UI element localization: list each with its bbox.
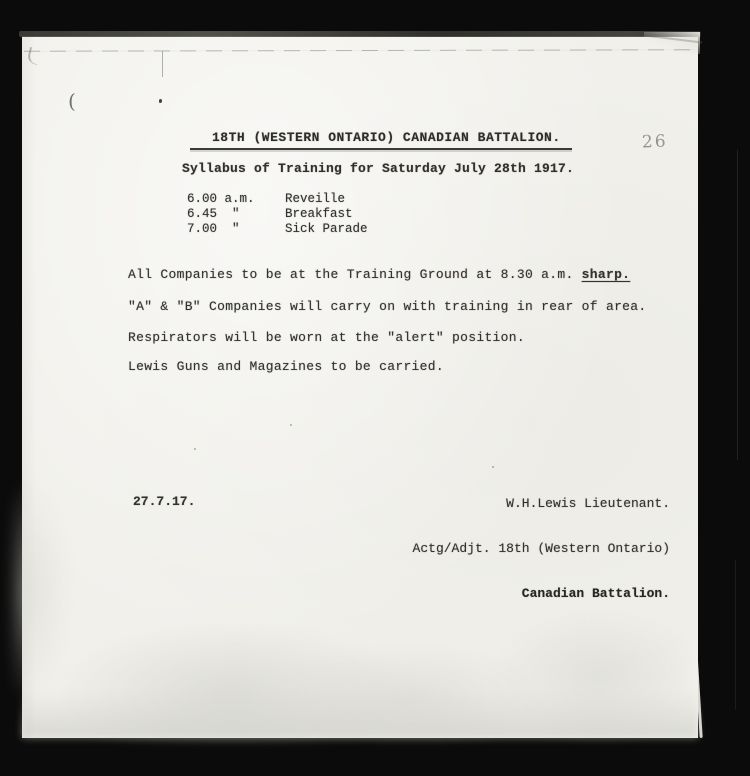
document-date: 27.7.17. — [133, 494, 195, 509]
scan-vertical-mark — [162, 51, 163, 77]
title-underline — [190, 148, 572, 150]
signature-block: W.H.Lewis Lieutenant. Actg/Adjt. 18th (W… — [413, 466, 670, 631]
paper-speck — [194, 448, 196, 450]
schedule-time: 6.45 " — [187, 207, 240, 221]
signature-unit: Canadian Battalion. — [413, 586, 670, 601]
schedule-activity: Reveille — [285, 192, 345, 206]
stray-paren-mark: ( — [68, 89, 76, 113]
scanner-scratch-line — [735, 560, 736, 710]
order-line: Respirators will be worn at the "alert" … — [128, 330, 525, 345]
scanner-scratch-line — [737, 150, 738, 460]
document-subtitle: Syllabus of Training for Saturday July 2… — [182, 161, 574, 176]
schedule-activity: Sick Parade — [285, 222, 368, 236]
paper-speck — [290, 424, 292, 426]
document-page: ( 26 18TH (WESTERN ONTARIO) CANADIAN BAT… — [22, 36, 698, 738]
signature-name: W.H.Lewis Lieutenant. — [413, 496, 670, 511]
signature-role: Actg/Adjt. 18th (Western Ontario) — [413, 541, 670, 556]
document-title: 18TH (WESTERN ONTARIO) CANADIAN BATTALIO… — [212, 130, 561, 145]
stray-ink-dot — [159, 99, 162, 103]
paper-stain — [277, 644, 547, 739]
corner-pen-mark — [26, 47, 41, 65]
schedule-time: 6.00 a.m. — [187, 192, 255, 206]
paper-stain — [52, 624, 412, 739]
paper-stain — [14, 476, 69, 706]
page-number: 26 — [642, 132, 668, 153]
schedule-activity: Breakfast — [285, 207, 353, 221]
schedule-time: 7.00 " — [187, 222, 240, 236]
order-line-emphasis: sharp. — [582, 267, 631, 282]
order-line: All Companies to be at the Training Grou… — [128, 267, 630, 282]
scanner-background: { "document": { "page_number": "26", "ti… — [0, 0, 750, 776]
paper-stain — [22, 691, 698, 738]
underlying-sheet-hairline — [24, 49, 694, 51]
order-line: Lewis Guns and Magazines to be carried. — [128, 359, 444, 374]
order-line: "A" & "B" Companies will carry on with t… — [128, 299, 646, 314]
order-line-text: All Companies to be at the Training Grou… — [128, 267, 582, 282]
